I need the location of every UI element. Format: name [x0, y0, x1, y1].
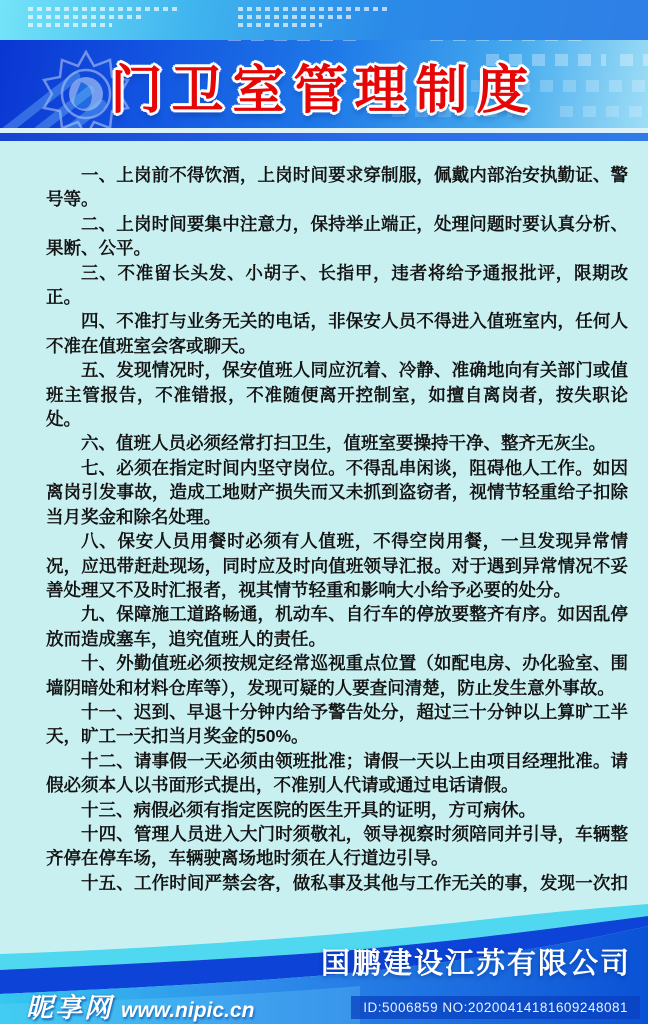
rule-item-12: 十二、请事假一天必须由领班批准；请假一天以上由项目经理批准。请假必须本人以书面形… [46, 749, 628, 798]
watermark-site-name: 昵享网 [26, 993, 113, 1023]
header-band: 门卫室管理制度 [0, 40, 648, 128]
rule-item-11: 十一、迟到、早退十分钟内给予警告处分，超过三十分钟以上算旷工半天，旷工一天扣当月… [46, 700, 628, 749]
squares-pattern [430, 40, 590, 41]
rule-item-7: 七、必须在指定时间内坚守岗位。不得乱串闲谈，阻碍他人工作。如因离岗引发事故，造成… [46, 456, 628, 529]
rules-list: 一、上岗前不得饮酒，上岗时间要求穿制服，佩戴内部治安执勤证、警号等。 二、上岗时… [0, 141, 648, 901]
company-name: 国鹏建设江苏有限公司 [308, 941, 644, 982]
image-id-badge: ID:5006859 NO:20200414181609248081 [351, 996, 640, 1019]
squares-pattern [228, 40, 358, 41]
watermark-site-url: www.nipic.cn [121, 999, 254, 1022]
rule-item-4: 四、不准打与业务无关的电话，非保安人员不得进入值班室内，任何人不准在值班室会客或… [46, 309, 628, 358]
watermark: 昵享网www.nipic.cn [26, 986, 254, 1024]
rule-item-14: 十四、管理人员进入大门时须敬礼，领导视察时须陪同并引导，车辆整齐停在停车场，车辆… [46, 822, 628, 871]
poster-title: 门卫室管理制度 [0, 48, 648, 123]
top-decor-strip [0, 0, 648, 40]
rule-item-1: 一、上岗前不得饮酒，上岗时间要求穿制服，佩戴内部治安执勤证、警号等。 [46, 163, 628, 212]
rule-item-3: 三、不准留长头发、小胡子、长指甲，违者将给予通报批评，限期改正。 [46, 261, 628, 310]
rule-item-9: 九、保障施工道路畅通，机动车、自行车的停放要整齐有序。如因乱停放而造成塞车，追究… [46, 602, 628, 651]
rule-item-10: 十、外勤值班必须按规定经常巡视重点位置（如配电房、办化验室、围墙阴暗处和材料仓库… [46, 651, 628, 700]
rule-item-13: 十三、病假必须有指定医院的医生开具的证明，方可病休。 [46, 798, 628, 822]
dots-pattern [238, 7, 388, 31]
rule-item-2: 二、上岗时间要集中注意力，保持举止端正，处理问题时要认真分析、果断、公平。 [46, 212, 628, 261]
gatehouse-rules-poster: 门卫室管理制度 一、上岗前不得饮酒，上岗时间要求穿制服，佩戴内部治安执勤证、警号… [0, 0, 648, 1024]
rule-item-8: 八、保安人员用餐时必须有人值班，不得空岗用餐，一旦发现异常情况，应迅带赶赴现场，… [46, 529, 628, 602]
rule-item-5: 五、发现情况时，保安值班人同应沉着、冷静、准确地向有关部门或值班主管报告，不准错… [46, 358, 628, 431]
dots-pattern [28, 7, 178, 31]
rule-item-6: 六、值班人员必须经常打扫卫生，值班室要操持干净、整齐无灰尘。 [46, 431, 628, 455]
divider-blue-stripe [0, 133, 648, 141]
